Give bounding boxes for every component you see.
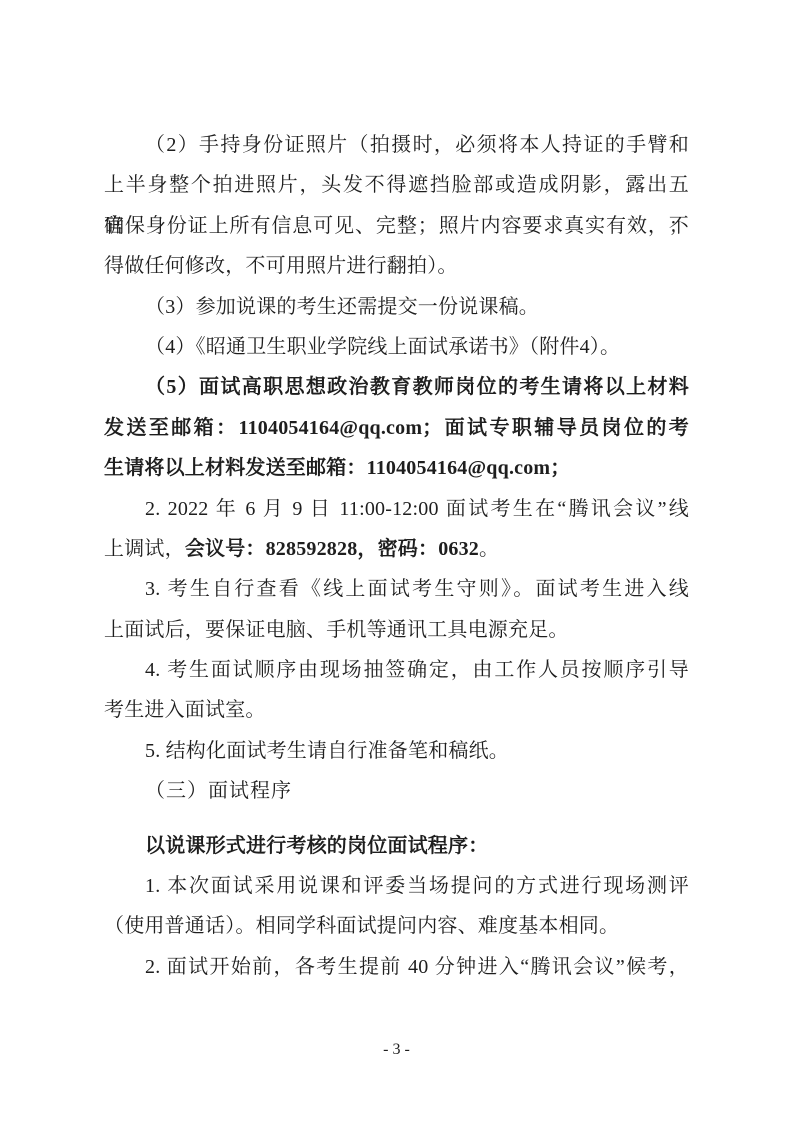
- text-line: （4）《昭通卫生职业学院线上面试承诺书》（附件4）。: [104, 327, 689, 367]
- text-line: 1. 本次面试采用说课和评委当场提问的方式进行现场测评: [104, 866, 689, 906]
- text-segment: （5）面试高职思想政治教育教师岗位的考生请将以上材料: [145, 376, 689, 398]
- text-line: （5）面试高职思想政治教育教师岗位的考生请将以上材料: [104, 367, 689, 407]
- text-segment: 以说课形式进行考核的岗位面试程序：: [145, 835, 488, 857]
- text-segment: （4）《昭通卫生职业学院线上面试承诺书》（附件4）。: [145, 336, 620, 358]
- text-line: 3. 考生自行查看《线上面试考生守则》。面试考生进入线: [104, 569, 689, 609]
- text-segment: 1. 本次面试采用说课和评委当场提问的方式进行现场测评: [145, 875, 689, 897]
- text-segment: 发送至邮箱：1104054164@qq.com；面试专职辅导员岗位的考: [104, 417, 689, 439]
- text-segment: （使用普通话）。相同学科面试提问内容、难度基本相同。: [104, 915, 619, 937]
- text-line: 2. 面试开始前，各考生提前 40 分钟进入“腾讯会议”候考，: [104, 947, 689, 987]
- text-line: 上面试后，要保证电脑、手机等通讯工具电源充足。: [104, 610, 689, 650]
- text-segment: 会议号：828592828，密码：0632: [185, 538, 479, 560]
- text-segment: 考生进入面试室。: [104, 699, 266, 721]
- page-number: - 3 -: [383, 1041, 410, 1058]
- text-line: （3）参加说课的考生还需提交一份说课稿。: [104, 287, 689, 327]
- text-line: 确保身份证上所有信息可见、完整；照片内容要求真实有效，不: [104, 206, 689, 246]
- text-line: 上调试，会议号：828592828，密码：0632。: [104, 529, 689, 569]
- document-body: （2）手持身份证照片（拍摄时，必须将本人持证的手臂和上半身整个拍进照片，头发不得…: [104, 125, 689, 987]
- text-line: 上半身整个拍进照片，头发不得遮挡脸部或造成阴影，露出五官；: [104, 165, 689, 205]
- text-line: 发送至邮箱：1104054164@qq.com；面试专职辅导员岗位的考: [104, 408, 689, 448]
- text-line: 生请将以上材料发送至邮箱：1104054164@qq.com；: [104, 448, 689, 488]
- text-line: （使用普通话）。相同学科面试提问内容、难度基本相同。: [104, 906, 689, 946]
- text-line: 4. 考生面试顺序由现场抽签确定，由工作人员按顺序引导: [104, 650, 689, 690]
- text-segment: 2. 面试开始前，各考生提前 40 分钟进入“腾讯会议”候考，: [145, 956, 689, 978]
- text-line: （三）面试程序: [104, 771, 689, 811]
- text-segment: 确保身份证上所有信息可见、完整；照片内容要求真实有效，不: [104, 215, 689, 237]
- page-footer: - 3 -: [0, 1040, 793, 1060]
- text-segment: 。: [479, 538, 499, 560]
- text-line: 5. 结构化面试考生请自行准备笔和稿纸。: [104, 731, 689, 771]
- text-segment: 4. 考生面试顺序由现场抽签确定，由工作人员按顺序引导: [145, 659, 689, 681]
- text-line: （2）手持身份证照片（拍摄时，必须将本人持证的手臂和: [104, 125, 689, 165]
- text-segment: 得做任何修改，不可用照片进行翻拍）。: [104, 255, 458, 277]
- text-segment: （3）参加说课的考生还需提交一份说课稿。: [145, 296, 539, 318]
- text-segment: （三）面试程序: [145, 780, 292, 802]
- text-segment: 2. 2022 年 6 月 9 日 11:00-12:00 面试考生在“腾讯会议…: [145, 498, 689, 520]
- text-segment: 上面试后，要保证电脑、手机等通讯工具电源充足。: [104, 619, 569, 641]
- text-line: 考生进入面试室。: [104, 690, 689, 730]
- text-line: 2. 2022 年 6 月 9 日 11:00-12:00 面试考生在“腾讯会议…: [104, 489, 689, 529]
- document-page: （2）手持身份证照片（拍摄时，必须将本人持证的手臂和上半身整个拍进照片，头发不得…: [0, 0, 793, 1122]
- text-segment: 3. 考生自行查看《线上面试考生守则》。面试考生进入线: [145, 578, 689, 600]
- text-segment: （2）手持身份证照片（拍摄时，必须将本人持证的手臂和: [145, 134, 689, 156]
- text-segment: 上调试，: [104, 538, 185, 560]
- text-line: 得做任何修改，不可用照片进行翻拍）。: [104, 246, 689, 286]
- text-line: 以说课形式进行考核的岗位面试程序：: [104, 826, 689, 866]
- text-segment: 5. 结构化面试考生请自行准备笔和稿纸。: [145, 740, 509, 762]
- text-segment: 生请将以上材料发送至邮箱：1104054164@qq.com；: [104, 457, 570, 479]
